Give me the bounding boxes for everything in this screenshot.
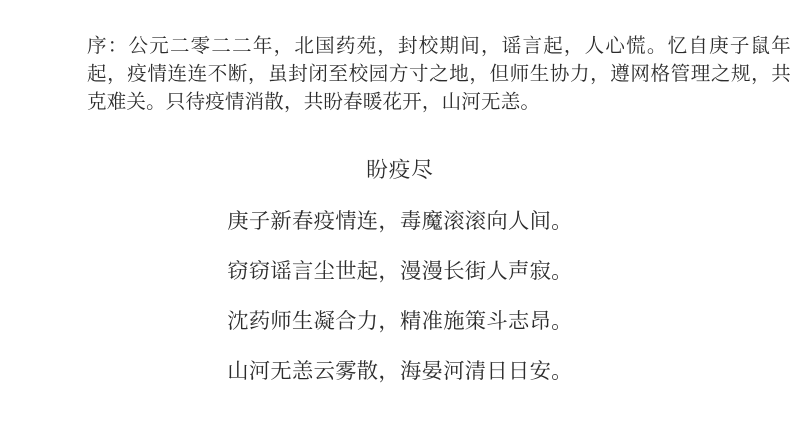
poem-line: 沈药师生凝合力，精准施策斗志昂。: [0, 306, 800, 336]
poem-line: 山河无恙云雾散，海晏河清日日安。: [0, 356, 800, 386]
poem-line: 庚子新春疫情连，毒魔滚滚向人间。: [0, 206, 800, 236]
preface-paragraph: 序：公元二零二二年，北国药苑，封校期间，谣言起，人心慌。忆自庚子鼠年起，疫情连连…: [87, 33, 791, 117]
poem-body: 庚子新春疫情连，毒魔滚滚向人间。 窃窃谣言尘世起，漫漫长街人声寂。 沈药师生凝合…: [0, 206, 800, 406]
poem-title: 盼疫尽: [0, 156, 800, 184]
document-page: 序：公元二零二二年，北国药苑，封校期间，谣言起，人心慌。忆自庚子鼠年起，疫情连连…: [0, 0, 800, 447]
poem-line: 窃窃谣言尘世起，漫漫长街人声寂。: [0, 256, 800, 286]
